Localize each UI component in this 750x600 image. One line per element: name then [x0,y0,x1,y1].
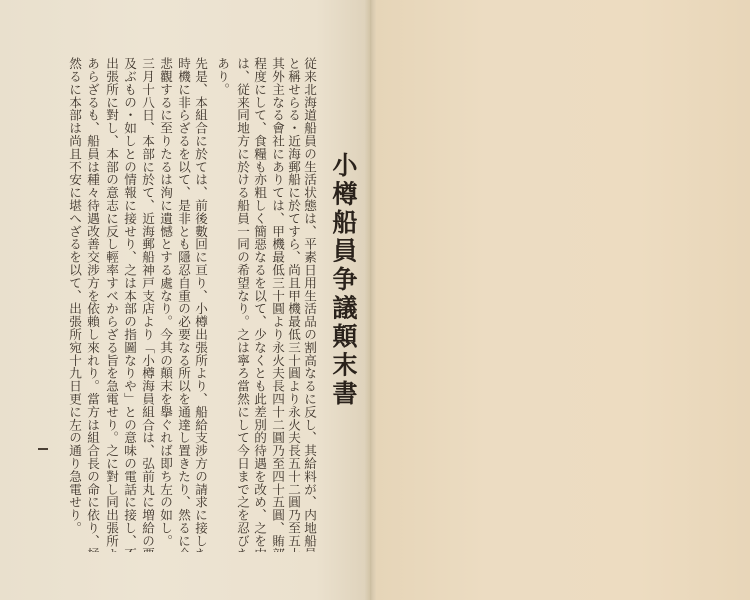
page-number-mark [38,448,48,450]
text-column: 程度にして、食糧も亦粗しく簡惡なるを以て、少なくとも此差別的待遇を改め、之を内地… [251,57,267,552]
text-column: 三月十八日、本部に於て、近海郵船神戸支店より「小樽海員組合は、弘前丸に増給の要求… [139,57,155,552]
document-title: 小樽船員争議顛末書 [325,152,361,409]
text-column: 及ぶもの・如しとの情報に接せり、之は本部の指圖なりや」との意味の電話に接し、不審… [121,57,137,552]
document-spread: 小樽船員争議顛末書 従来北海道船員の生活状態は、平素日用生活品の割高なるに反し、… [0,0,750,600]
text-column: 然るに本部は尚且不安に堪へざるを以て、出張所宛十九日更に左の通り急電せり。 [66,57,82,552]
text-column: 従来北海道船員の生活状態は、平素日用生活品の割高なるに反し、其給料が、内地船員に… [301,57,317,552]
text-column: 悲觀するに至りたるは洵に遺憾とする處なり。今其の顛末を擧ぐれば即ち左の如し。 [157,57,173,552]
text-column: あり。 [214,57,230,552]
text-column: あらざるも、船員は種々待遇改善交涉方を依賴し來れり。當方は組合長の命に依り、極力… [84,57,100,552]
left-page: 小樽船員争議顛末書 従来北海道船員の生活状態は、平素日用生活品の割高なるに反し、… [0,0,372,600]
text-column: は、従来同地方に於ける船員一同の希望なり。之は寧ろ當然にして今日まで之を忍びたる… [234,57,250,552]
right-page-blank [376,0,750,600]
text-column: 其外主なる會社にありては、甲機最低三十圓より永火夫長四十二圓乃至四十五圓、賄部最… [269,57,285,552]
text-column: 先是、本組合に於ては、前後數回に亘り、小樽出張所より、船給支涉方の請求に接したる… [192,57,208,552]
text-column: と稱せらる・近海郵船に於てすら、尚且甲機最低三十圓より永火夫長五十二圓乃至五十五… [285,57,301,552]
text-column: 時機に非らざるを以て、是非とも隱忍自重の必要なる所以を通達し置きたり、然るに今回… [175,57,191,552]
text-column: 出張所に對し、本部の意志に反し輕率すべからざる旨を急電せり。之に對し同出張所より… [103,57,119,552]
